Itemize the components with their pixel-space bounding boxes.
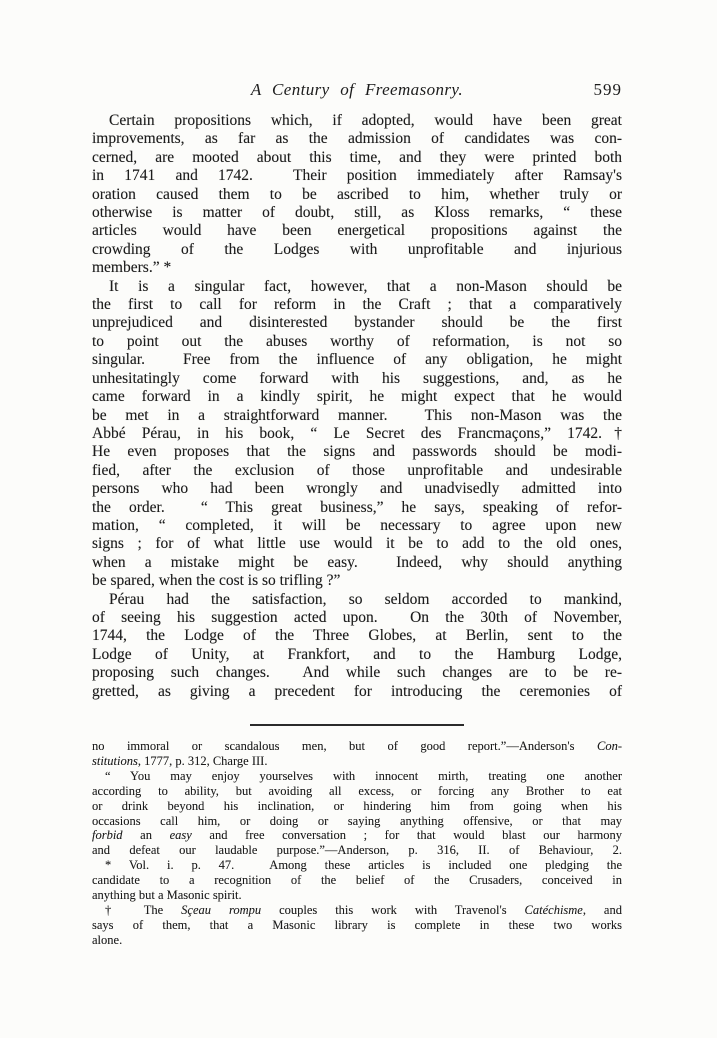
- text-line: persons who had been wrongly and unadvis…: [92, 480, 622, 498]
- footnote-rule: [250, 724, 464, 726]
- text-line: or drink beyond his inclination, or hind…: [92, 799, 622, 814]
- paragraph: It is a singular fact, however, that a n…: [92, 278, 622, 591]
- text-line: otherwise is matter of doubt, still, as …: [92, 204, 622, 222]
- text-line: candidate to a recognition of the belief…: [92, 873, 622, 888]
- text-line: in 1741 and 1742. Their position immedia…: [92, 167, 622, 185]
- text-line: and defeat our laudable purpose.”—Anders…: [92, 843, 622, 858]
- text-line: the order. “ This great business,” he sa…: [92, 499, 622, 517]
- text-line: alone.: [92, 933, 622, 948]
- text-line: according to ability, but avoiding all e…: [92, 784, 622, 799]
- text-line: stitutions, 1777, p. 312, Charge III.: [92, 754, 622, 769]
- text-line: mation, “ completed, it will be necessar…: [92, 517, 622, 535]
- paragraph: † The Sçeau rompu couples this work with…: [92, 903, 622, 948]
- text-line: came forward in a kindly spirit, he migh…: [92, 388, 622, 406]
- text-line: 1744, the Lodge of the Three Globes, at …: [92, 627, 622, 645]
- paragraph: “ You may enjoy yourselves with innocent…: [92, 769, 622, 858]
- text-line: Lodge of Unity, at Frankfort, and to the…: [92, 646, 622, 664]
- text-line: unprejudiced and disinterested bystander…: [92, 314, 622, 332]
- paragraph: Certain propositions which, if adopted, …: [92, 112, 622, 278]
- text-line: to point out the abuses worthy of reform…: [92, 333, 622, 351]
- page-number: 599: [540, 80, 622, 100]
- text-line: anything but a Masonic spirit.: [92, 888, 622, 903]
- text-line: It is a singular fact, however, that a n…: [92, 278, 622, 296]
- text-line: Pérau had the satisfaction, so seldom ac…: [92, 591, 622, 609]
- text-line: be met in a straightforward manner. This…: [92, 407, 622, 425]
- running-head: A Century of Freemasonry. 599: [92, 80, 622, 102]
- text-line: when a mistake might be easy. Indeed, wh…: [92, 554, 622, 572]
- text-line: signs ; for of what little use would it …: [92, 535, 622, 553]
- footnotes: no immoral or scandalous men, but of goo…: [92, 739, 622, 948]
- text-line: He even proposes that the signs and pass…: [92, 443, 622, 461]
- body-text: Certain propositions which, if adopted, …: [92, 112, 622, 701]
- text-line: fied, after the exclusion of those unpro…: [92, 462, 622, 480]
- text-line: improvements, as far as the admission of…: [92, 130, 622, 148]
- text-line: occasions call him, or doing or saying a…: [92, 814, 622, 829]
- text-line: no immoral or scandalous men, but of goo…: [92, 739, 622, 754]
- text-line: oration caused them to be ascribed to hi…: [92, 186, 622, 204]
- text-line: * Vol. i. p. 47. Among these articles is…: [92, 858, 622, 873]
- paragraph: Pérau had the satisfaction, so seldom ac…: [92, 591, 622, 701]
- text-line: “ You may enjoy yourselves with innocent…: [92, 769, 622, 784]
- text-line: says of them, that a Masonic library is …: [92, 918, 622, 933]
- text-line: be spared, when the cost is so trifling …: [92, 572, 622, 590]
- text-line: gretted, as giving a precedent for intro…: [92, 683, 622, 701]
- text-line: singular. Free from the influence of any…: [92, 351, 622, 369]
- text-line: the first to call for reform in the Craf…: [92, 296, 622, 314]
- text-line: proposing such changes. And while such c…: [92, 664, 622, 682]
- text-line: unhesitatingly come forward with his sug…: [92, 370, 622, 388]
- paragraph: no immoral or scandalous men, but of goo…: [92, 739, 622, 769]
- text-line: crowding of the Lodges with unprofitable…: [92, 241, 622, 259]
- text-line: articles would have been energetical pro…: [92, 222, 622, 240]
- text-line: Certain propositions which, if adopted, …: [92, 112, 622, 130]
- paragraph: * Vol. i. p. 47. Among these articles is…: [92, 858, 622, 903]
- book-page: A Century of Freemasonry. 599 Certain pr…: [0, 0, 717, 1038]
- text-line: cerned, are mooted about this time, and …: [92, 149, 622, 167]
- text-line: members.” *: [92, 259, 622, 277]
- text-line: † The Sçeau rompu couples this work with…: [92, 903, 622, 918]
- text-line: of seeing his suggestion acted upon. On …: [92, 609, 622, 627]
- text-line: Abbé Pérau, in his book, “ Le Secret des…: [92, 425, 622, 443]
- text-line: forbid an easy and free conversation ; f…: [92, 828, 622, 843]
